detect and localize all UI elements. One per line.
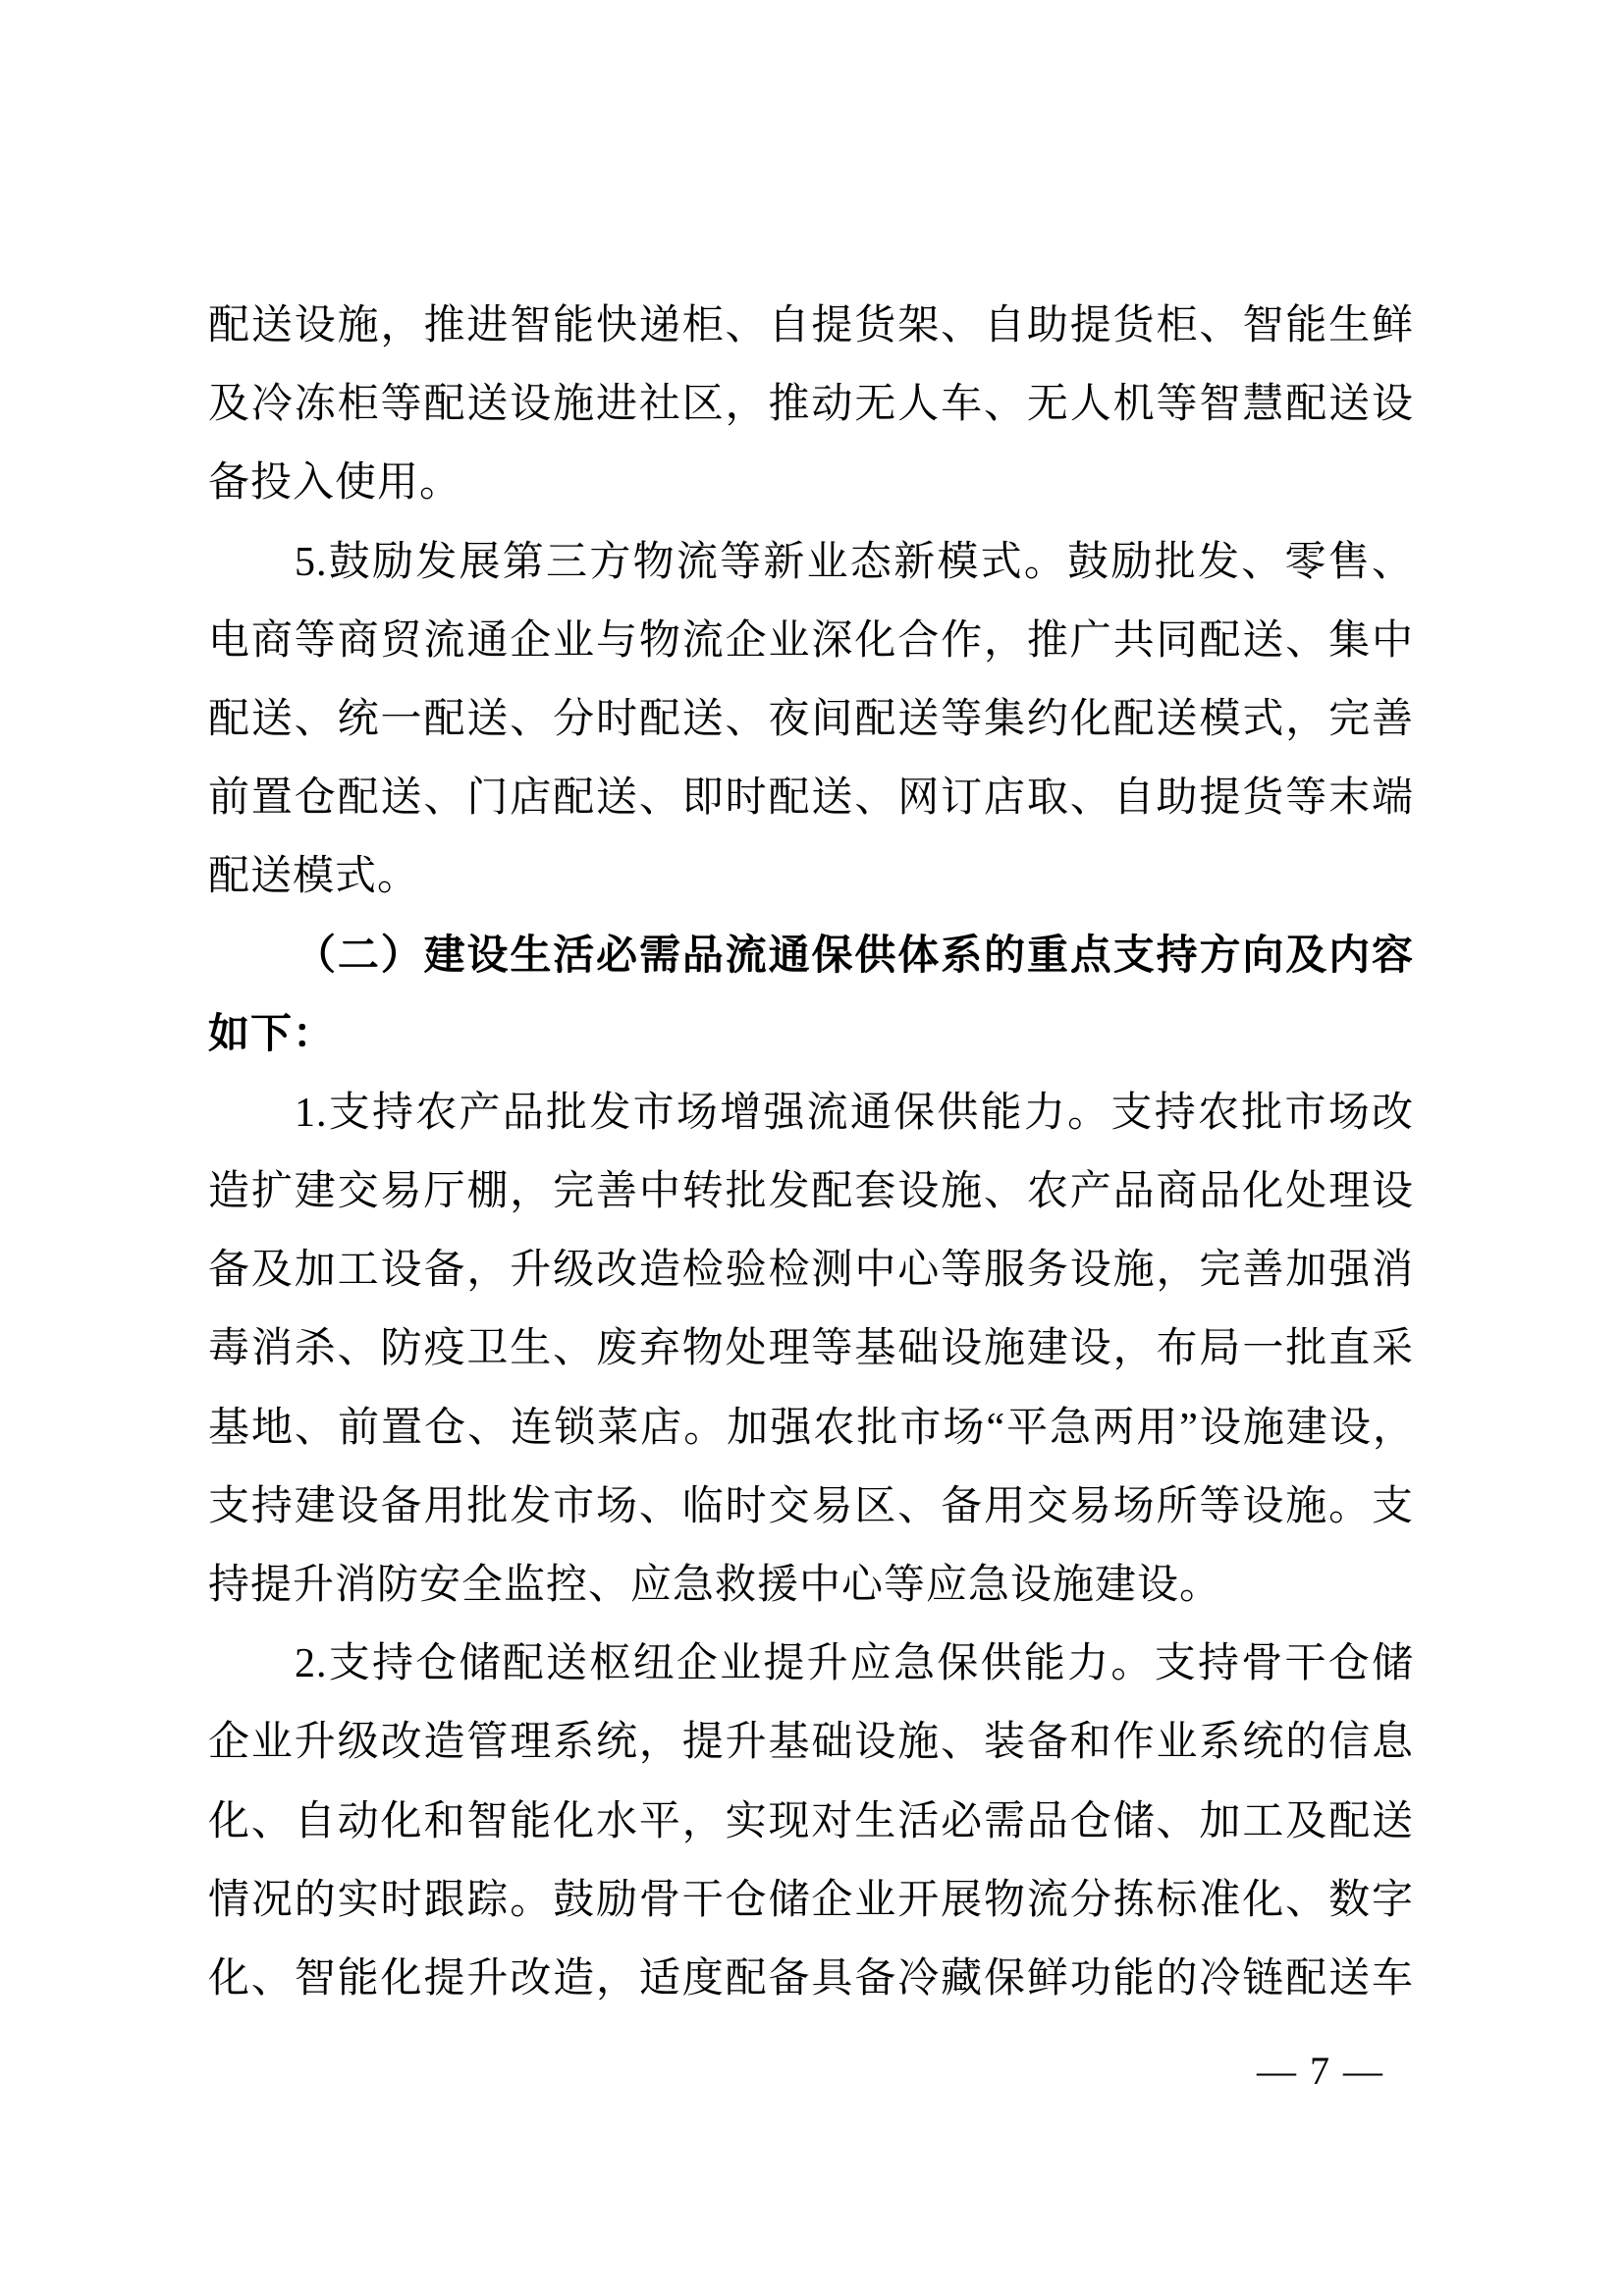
text-line: 配送、统一配送、分时配送、夜间配送等集约化配送模式，完善 bbox=[208, 680, 1414, 759]
text-line: 电商等商贸流通企业与物流企业深化合作，推广共同配送、集中 bbox=[208, 602, 1414, 680]
text-line: 备及加工设备，升级改造检验检测中心等服务设施，完善加强消 bbox=[208, 1231, 1414, 1309]
section-heading-line: （二）建设生活必需品流通保供体系的重点支持方向及内容 bbox=[208, 917, 1414, 995]
text-line: 企业升级改造管理系统，提升基础设施、装备和作业系统的信息 bbox=[208, 1703, 1414, 1782]
text-line: 配送模式。 bbox=[208, 837, 1414, 916]
document-page: 配送设施，推进智能快递柜、自提货架、自助提货柜、智能生鲜 及冷冻柜等配送设施进社… bbox=[0, 0, 1623, 2296]
text-line: 前置仓配送、门店配送、即时配送、网订店取、自助提货等末端 bbox=[208, 759, 1414, 837]
text-line: 配送设施，推进智能快递柜、自提货架、自助提货柜、智能生鲜 bbox=[208, 287, 1414, 365]
text-line: 5.鼓励发展第三方物流等新业态新模式。鼓励批发、零售、 bbox=[208, 523, 1414, 602]
page-body-text: 配送设施，推进智能快递柜、自提货架、自助提货柜、智能生鲜 及冷冻柜等配送设施进社… bbox=[208, 287, 1414, 2018]
text-line: 备投入使用。 bbox=[208, 444, 1414, 522]
text-line: 化、自动化和智能化水平，实现对生活必需品仓储、加工及配送 bbox=[208, 1783, 1414, 1861]
section-heading-line: 如下： bbox=[208, 995, 1414, 1074]
text-line: 1.支持农产品批发市场增强流通保供能力。支持农批市场改 bbox=[208, 1074, 1414, 1152]
text-line: 情况的实时跟踪。鼓励骨干仓储企业开展物流分拣标准化、数字 bbox=[208, 1861, 1414, 1940]
text-line: 造扩建交易厅棚，完善中转批发配套设施、农产品商品化处理设 bbox=[208, 1152, 1414, 1231]
text-line: 及冷冻柜等配送设施进社区，推动无人车、无人机等智慧配送设 bbox=[208, 365, 1414, 444]
text-line: 化、智能化提升改造，适度配备具备冷藏保鲜功能的冷链配送车 bbox=[208, 1940, 1414, 2018]
text-line: 基地、前置仓、连锁菜店。加强农批市场“平急两用”设施建设， bbox=[208, 1389, 1414, 1468]
text-line: 持提升消防安全监控、应急救援中心等应急设施建设。 bbox=[208, 1546, 1414, 1625]
text-line: 支持建设备用批发市场、临时交易区、备用交易场所等设施。支 bbox=[208, 1468, 1414, 1546]
text-line: 毒消杀、防疫卫生、废弃物处理等基础设施建设，布局一批直采 bbox=[208, 1309, 1414, 1388]
page-number: — 7 — bbox=[1257, 2048, 1384, 2095]
text-line: 2.支持仓储配送枢纽企业提升应急保供能力。支持骨干仓储 bbox=[208, 1625, 1414, 1703]
